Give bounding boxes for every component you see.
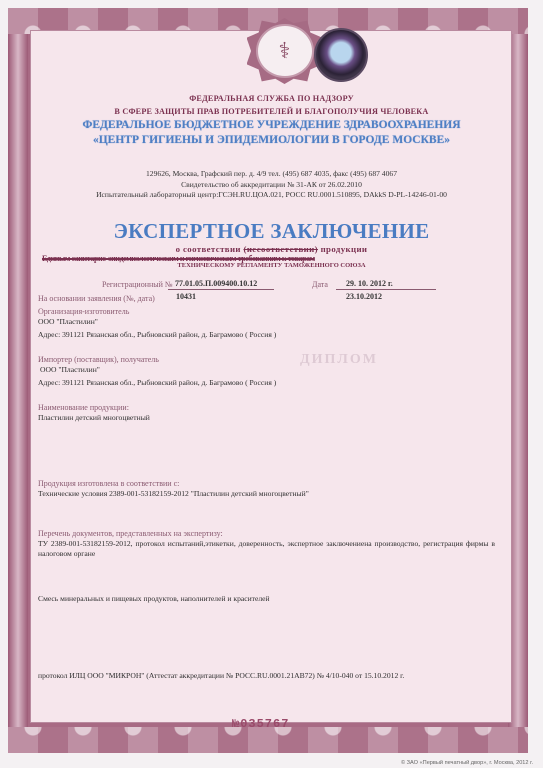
institution-heading: ФЕДЕРАЛЬНОЕ БЮДЖЕТНОЕ УЧРЕЖДЕНИЕ ЗДРАВОО… xyxy=(0,118,543,148)
date-value: 29. 10. 2012 г. xyxy=(346,279,393,288)
application-date: 23.10.2012 xyxy=(346,292,382,301)
manufacturer-section: Организация-изготовитель ООО "Пластилин"… xyxy=(38,307,495,340)
serial-number: №035767 xyxy=(232,717,289,731)
hologram-seal-icon xyxy=(314,28,368,82)
protocol-section: протокол ИЛЦ ООО "МИКРОН" (Аттестат аккр… xyxy=(38,671,495,681)
registration-number: 77.01.05.П.009400.10.12 xyxy=(175,279,257,288)
product-section: Наименование продукции: Пластилин детски… xyxy=(38,403,495,423)
manufacturer-address: Адрес: 391121 Рязанская обл., Рыбновский… xyxy=(38,330,495,340)
application-number: 10431 xyxy=(176,292,196,301)
importer-section: Импортер (поставщик), получатель ООО "Пл… xyxy=(38,355,495,388)
documents-value: ТУ 2389-001-53182159-2012, протокол испы… xyxy=(38,539,495,559)
importer-address: Адрес: 391121 Рязанская обл., Рыбновский… xyxy=(38,378,495,388)
agency-heading: ФЕДЕРАЛЬНАЯ СЛУЖБА ПО НАДЗОРУ В СФЕРЕ ЗА… xyxy=(0,92,543,118)
composition-section: Смесь минеральных и пищевых продуктов, н… xyxy=(38,594,495,604)
printer-credit: © ЗАО «Первый печатный двор», г. Москва,… xyxy=(401,760,533,766)
protocol-value: протокол ИЛЦ ООО "МИКРОН" (Аттестат аккр… xyxy=(38,671,495,681)
composition-value: Смесь минеральных и пищевых продуктов, н… xyxy=(38,594,495,604)
registration-label: Регистрационный № xyxy=(102,280,173,289)
underline xyxy=(168,289,274,290)
lab-center: Испытательный лабораторный центр:ГСЭН.RU… xyxy=(0,190,543,201)
importer-name: ООО "Пластилин" xyxy=(38,365,495,375)
standard-value: Технические условия 2389-001-53182159-20… xyxy=(38,489,495,499)
manufacturer-name: ООО "Пластилин" xyxy=(38,317,495,327)
underline xyxy=(336,289,436,290)
document-title: ЭКСПЕРТНОЕ ЗАКЛЮЧЕНИЕ xyxy=(0,219,543,244)
institution-details: 129626, Москва, Графский пер. д. 4/9 тел… xyxy=(0,169,543,201)
institution-address: 129626, Москва, Графский пер. д. 4/9 тел… xyxy=(0,169,543,180)
document-subtitle: о соответствии (несоответствии) продукци… xyxy=(0,244,543,254)
application-label: На основании заявления (№, дата) xyxy=(38,294,155,303)
date-label: Дата xyxy=(312,280,328,289)
standard-section: Продукция изготовлена в соответствии с: … xyxy=(38,479,495,499)
product-name: Пластилин детский многоцветный xyxy=(38,413,495,423)
regulation-reference: ТЕХНИЧЕСКОМУ РЕГЛАМЕНТУ ТАМОЖЕННОГО СОЮЗ… xyxy=(0,262,543,269)
accreditation-certificate: Свидетельство об аккредитации № 31-АК от… xyxy=(0,180,543,191)
documents-section: Перечень документов, представленных на э… xyxy=(38,529,495,559)
